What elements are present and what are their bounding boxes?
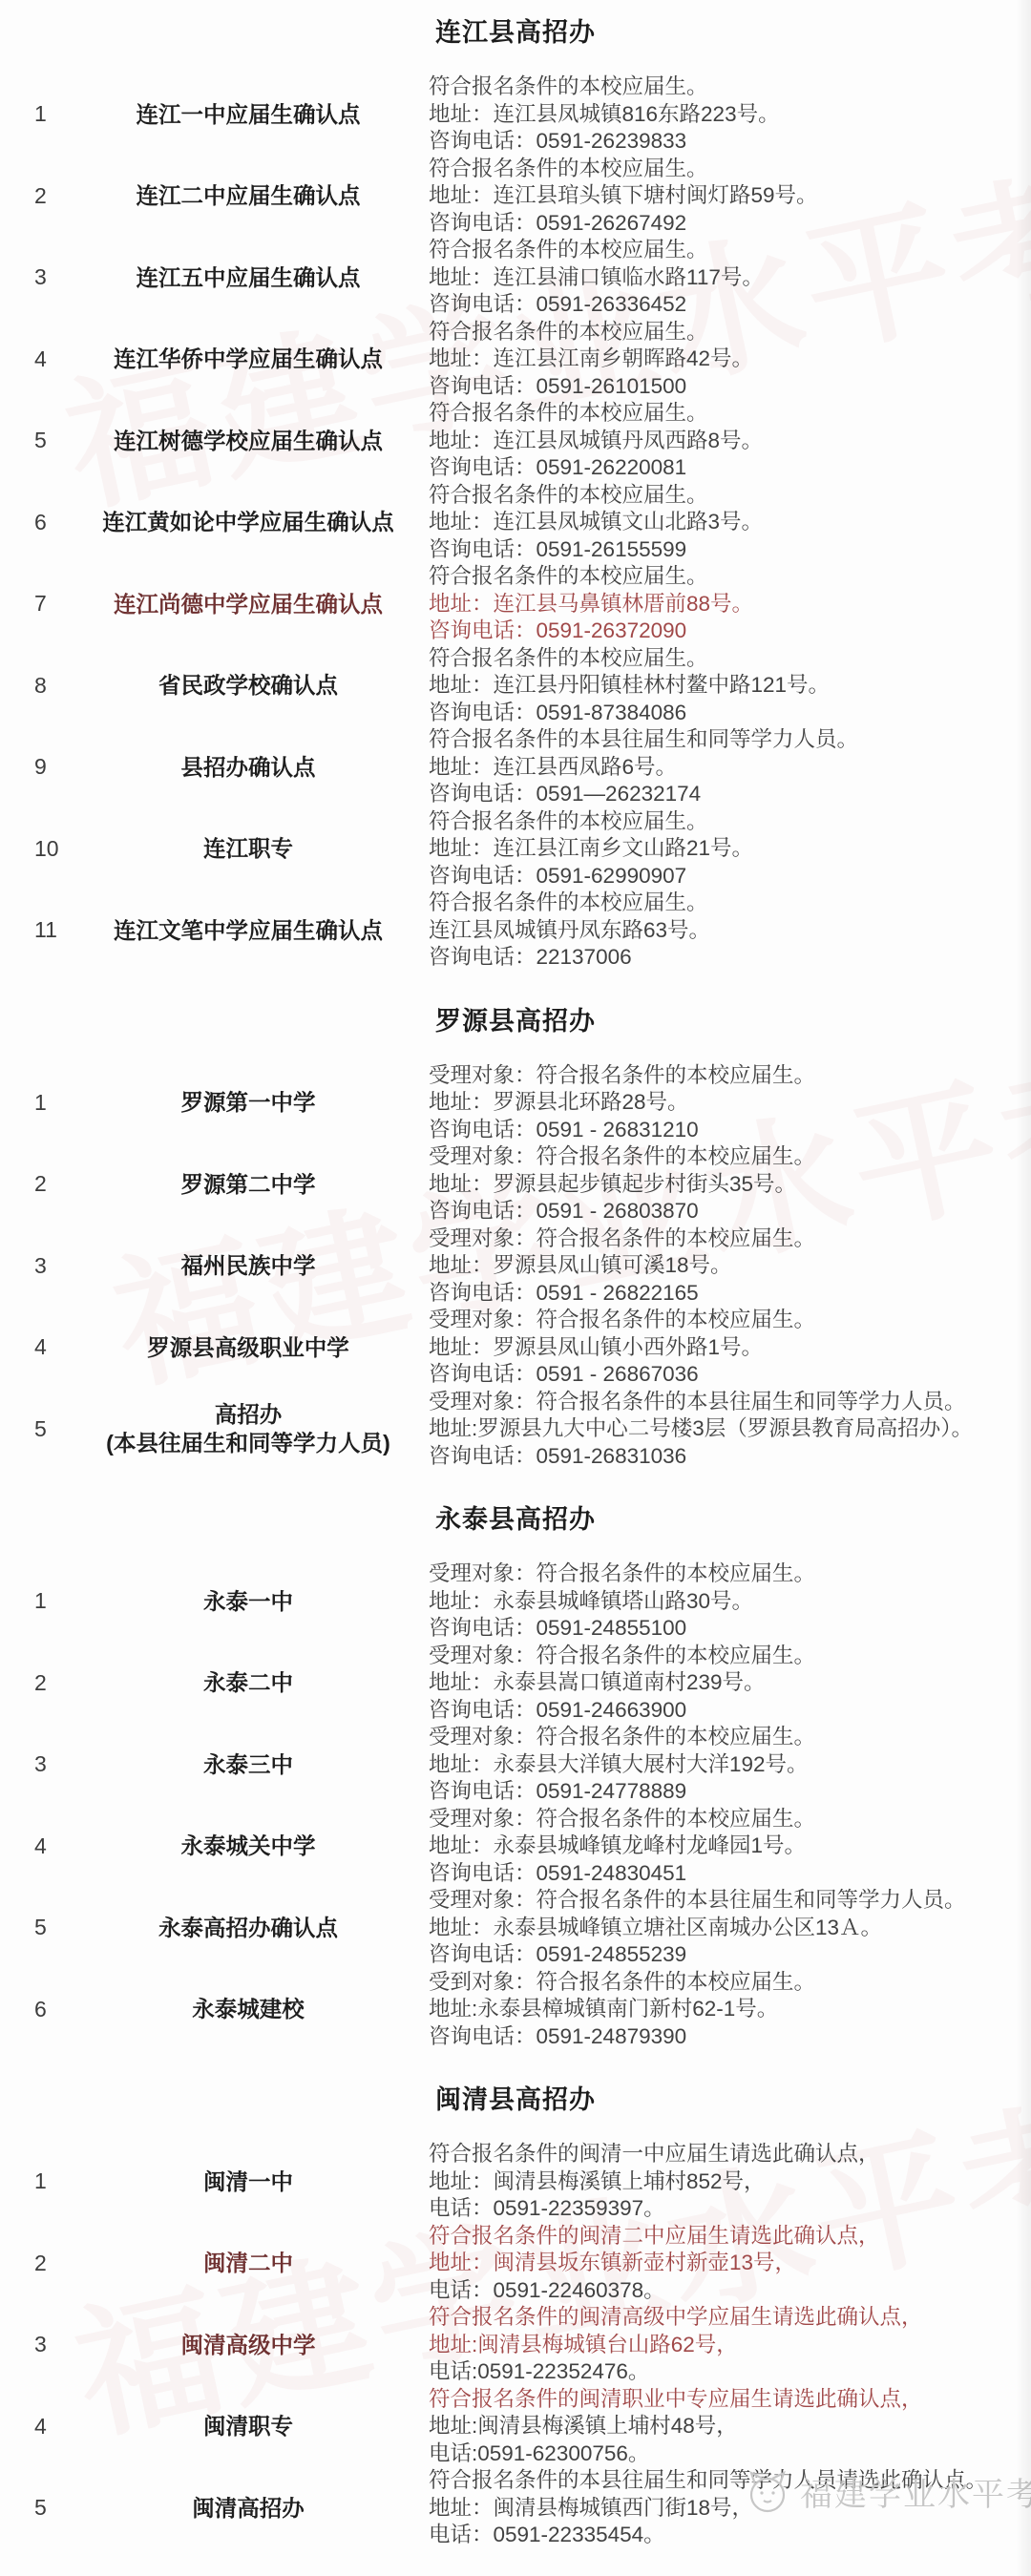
detail-lines: 符合报名条件的本校应届生。地址：连江县丹阳镇桂林村鳌中路121号。咨询电话：05… bbox=[429, 645, 1018, 727]
registration-points-document: 连江县高招办1连江一中应届生确认点符合报名条件的本校应届生。地址：连江县凤城镇8… bbox=[0, 0, 1031, 2549]
detail-lines: 符合报名条件的本校应届生。地址：连江县江南乡文山路21号。咨询电话：0591-6… bbox=[429, 808, 1018, 890]
exam-watermark-text: 福建学业水平考试 bbox=[800, 2468, 1031, 2515]
confirmation-point-name: 连江二中应届生确认点 bbox=[91, 181, 406, 210]
table-row: 3闽清高级中学符合报名条件的闽清高级中学应届生请选此确认点，地址:闽清县梅城镇台… bbox=[0, 2304, 1031, 2386]
confirmation-point-name: 连江五中应届生确认点 bbox=[91, 263, 406, 292]
row-number: 5 bbox=[0, 1915, 91, 1940]
detail-lines: 受到对象：符合报名条件的本校应届生。地址:永泰县樟城镇南门新村62-1号。咨询电… bbox=[429, 1969, 1018, 2051]
confirmation-point-name: 闽清职专 bbox=[91, 2412, 406, 2440]
detail-line: 受理对象：符合报名条件的本校应届生。 bbox=[429, 1307, 1018, 1334]
detail-line: 符合报名条件的本校应届生。 bbox=[429, 156, 1018, 183]
detail-line: 咨询电话：22137006 bbox=[429, 944, 1018, 972]
detail-lines: 受理对象：符合报名条件的本校应届生。地址：永泰县城峰镇龙峰村龙峰园1号。咨询电话… bbox=[429, 1806, 1018, 1888]
detail-lines: 符合报名条件的闽清高级中学应届生请选此确认点，地址:闽清县梅城镇台山路62号，电… bbox=[429, 2304, 1018, 2386]
confirmation-point-name: 罗源第一中学 bbox=[91, 1088, 406, 1117]
detail-line: 咨询电话：0591-26101500 bbox=[429, 373, 1018, 401]
row-number: 4 bbox=[0, 2414, 91, 2440]
detail-line: 符合报名条件的本县往届生和同等学力人员。 bbox=[429, 726, 1018, 754]
detail-line: 咨询电话：0591-26239833 bbox=[429, 128, 1018, 156]
table-row: 10连江职专符合报名条件的本校应届生。地址：连江县江南乡文山路21号。咨询电话：… bbox=[0, 808, 1031, 890]
detail-line: 咨询电话：0591-24855239 bbox=[429, 1941, 1018, 1969]
row-number: 5 bbox=[0, 1416, 91, 1442]
detail-line: 受理对象：符合报名条件的本校应届生。 bbox=[429, 1806, 1018, 1833]
detail-line: 地址：永泰县城峰镇立塘社区南城办公区13Ａ。 bbox=[429, 1915, 1018, 1942]
row-number: 10 bbox=[0, 836, 91, 862]
table-row: 9县招办确认点符合报名条件的本县往届生和同等学力人员。地址：连江县西凤路6号。咨… bbox=[0, 726, 1031, 808]
table-row: 2永泰二中受理对象：符合报名条件的本校应届生。地址：永泰县嵩口镇道南村239号。… bbox=[0, 1643, 1031, 1725]
detail-lines: 符合报名条件的闽清职业中专应届生请选此确认点，地址:闽清县梅溪镇上埔村48号，电… bbox=[429, 2386, 1018, 2468]
detail-line: 地址：永泰县大洋镇大展村大洋192号。 bbox=[429, 1751, 1018, 1779]
row-number: 3 bbox=[0, 264, 91, 290]
confirmation-point-name-line: 连江二中应届生确认点 bbox=[91, 181, 406, 210]
detail-line: 受理对象：符合报名条件的本校应届生。 bbox=[429, 1560, 1018, 1588]
confirmation-point-name-line: 罗源县高级职业中学 bbox=[91, 1333, 406, 1362]
detail-line: 受理对象：符合报名条件的本县往届生和同等学力人员。 bbox=[429, 1887, 1018, 1915]
confirmation-point-name: 罗源县高级职业中学 bbox=[91, 1333, 406, 1362]
confirmation-point-name-line: 闽清职专 bbox=[91, 2412, 406, 2440]
confirmation-point-name: 连江树德学校应届生确认点 bbox=[91, 427, 406, 455]
confirmation-point-name-line: 高招办 bbox=[91, 1400, 406, 1429]
detail-lines: 符合报名条件的本校应届生。地址：连江县江南乡朝晖路42号。咨询电话：0591-2… bbox=[429, 319, 1018, 401]
confirmation-point-name: 县招办确认点 bbox=[91, 753, 406, 782]
detail-line: 电话：0591-22335454。 bbox=[429, 2522, 1018, 2549]
confirmation-point-name-line: 县招办确认点 bbox=[91, 753, 406, 782]
table-row: 5永泰高招办确认点受理对象：符合报名条件的本县往届生和同等学力人员。地址：永泰县… bbox=[0, 1887, 1031, 1969]
row-number: 6 bbox=[0, 510, 91, 535]
confirmation-point-name: 连江尚德中学应届生确认点 bbox=[91, 590, 406, 618]
confirmation-point-name: 罗源第二中学 bbox=[91, 1170, 406, 1199]
detail-line: 地址：连江县江南乡文山路21号。 bbox=[429, 835, 1018, 863]
detail-line: 咨询电话：0591-24778889 bbox=[429, 1778, 1018, 1806]
detail-line: 符合报名条件的本校应届生。 bbox=[429, 645, 1018, 673]
row-number: 1 bbox=[0, 101, 91, 127]
confirmation-point-name: 连江华侨中学应届生确认点 bbox=[91, 345, 406, 373]
detail-line: 受到对象：符合报名条件的本校应届生。 bbox=[429, 1969, 1018, 1997]
detail-line: 符合报名条件的本校应届生。 bbox=[429, 73, 1018, 101]
confirmation-point-name-line: 永泰城关中学 bbox=[91, 1832, 406, 1860]
detail-lines: 受理对象：符合报名条件的本校应届生。地址：罗源县起步镇起步村街头35号。咨询电话… bbox=[429, 1143, 1018, 1225]
detail-line: 地址：连江县浦口镇临水路117号。 bbox=[429, 264, 1018, 292]
detail-line: 地址：连江县西凤路6号。 bbox=[429, 754, 1018, 782]
detail-line: 符合报名条件的闽清高级中学应届生请选此确认点， bbox=[429, 2304, 1018, 2332]
confirmation-point-name: 闽清高级中学 bbox=[91, 2331, 406, 2359]
confirmation-point-name: 闽清一中 bbox=[91, 2168, 406, 2196]
confirmation-point-name-line: 闽清二中 bbox=[91, 2249, 406, 2277]
detail-line: 咨询电话：0591 - 26867036 bbox=[429, 1361, 1018, 1389]
detail-line: 受理对象：符合报名条件的本校应届生。 bbox=[429, 1225, 1018, 1253]
detail-line: 电话:0591-62300756。 bbox=[429, 2440, 1018, 2468]
table-row: 2罗源第二中学受理对象：符合报名条件的本校应届生。地址：罗源县起步镇起步村街头3… bbox=[0, 1143, 1031, 1225]
confirmation-point-name-line: 永泰高招办确认点 bbox=[91, 1914, 406, 1942]
detail-lines: 符合报名条件的本县往届生和同等学力人员。地址：连江县西凤路6号。咨询电话：059… bbox=[429, 726, 1018, 808]
confirmation-point-name-line: 永泰城建校 bbox=[91, 1995, 406, 2023]
exam-logo-icon bbox=[743, 2469, 792, 2515]
detail-line: 符合报名条件的闽清一中应届生请选此确认点， bbox=[429, 2141, 1018, 2168]
table-row: 5连江树德学校应届生确认点符合报名条件的本校应届生。地址：连江县凤城镇丹凤西路8… bbox=[0, 400, 1031, 482]
detail-line: 地址：闽清县梅溪镇上埔村852号， bbox=[429, 2168, 1018, 2196]
detail-line: 地址：罗源县凤山镇可溪18号。 bbox=[429, 1252, 1018, 1280]
detail-lines: 受理对象：符合报名条件的本县往届生和同等学力人员。地址：永泰县城峰镇立塘社区南城… bbox=[429, 1887, 1018, 1969]
section-title: 闽清县高招办 bbox=[0, 2079, 1031, 2116]
confirmation-point-name: 闽清高招办 bbox=[91, 2494, 406, 2523]
detail-line: 受理对象：符合报名条件的本校应届生。 bbox=[429, 1643, 1018, 1670]
row-number: 3 bbox=[0, 1751, 91, 1777]
detail-line: 地址：罗源县北环路28号。 bbox=[429, 1089, 1018, 1117]
confirmation-point-name: 永泰城关中学 bbox=[91, 1832, 406, 1860]
table-row: 6永泰城建校受到对象：符合报名条件的本校应届生。地址:永泰县樟城镇南门新村62-… bbox=[0, 1969, 1031, 2051]
detail-lines: 符合报名条件的闽清二中应届生请选此确认点，地址：闽清县坂东镇新壶村新壶13号，电… bbox=[429, 2223, 1018, 2305]
detail-lines: 受理对象：符合报名条件的本县往届生和同等学力人员。地址:罗源县九大中心二号楼3层… bbox=[429, 1389, 1018, 1471]
detail-line: 咨询电话：0591-26372090 bbox=[429, 618, 1018, 645]
confirmation-point-name: 永泰城建校 bbox=[91, 1995, 406, 2023]
row-number: 4 bbox=[0, 346, 91, 372]
table-row: 7连江尚德中学应届生确认点符合报名条件的本校应届生。地址：连江县马鼻镇林厝前88… bbox=[0, 563, 1031, 645]
detail-lines: 受理对象：符合报名条件的本校应届生。地址：罗源县北环路28号。咨询电话：0591… bbox=[429, 1062, 1018, 1144]
detail-line: 地址：闽清县坂东镇新壶村新壶13号， bbox=[429, 2250, 1018, 2277]
detail-line: 咨询电话：0591-26831036 bbox=[429, 1443, 1018, 1471]
row-number: 3 bbox=[0, 2332, 91, 2357]
confirmation-point-name-line: 罗源第二中学 bbox=[91, 1170, 406, 1199]
row-number: 9 bbox=[0, 754, 91, 780]
confirmation-point-name-line: 连江尚德中学应届生确认点 bbox=[91, 590, 406, 618]
confirmation-point-name-line: 省民政学校确认点 bbox=[91, 671, 406, 700]
detail-line: 咨询电话：0591-62990907 bbox=[429, 863, 1018, 890]
detail-line: 符合报名条件的本校应届生。 bbox=[429, 563, 1018, 591]
confirmation-point-name: 连江一中应届生确认点 bbox=[91, 100, 406, 129]
table-row: 1闽清一中符合报名条件的闽清一中应届生请选此确认点，地址：闽清县梅溪镇上埔村85… bbox=[0, 2141, 1031, 2223]
table-row: 1连江一中应届生确认点符合报名条件的本校应届生。地址：连江县凤城镇816东路22… bbox=[0, 73, 1031, 156]
row-number: 4 bbox=[0, 1334, 91, 1360]
row-number: 11 bbox=[0, 917, 91, 943]
confirmation-point-name-line: 连江黄如论中学应届生确认点 bbox=[91, 508, 406, 536]
confirmation-point-name-line: 闽清一中 bbox=[91, 2168, 406, 2196]
detail-line: 符合报名条件的本校应届生。 bbox=[429, 808, 1018, 836]
confirmation-point-name-line: 罗源第一中学 bbox=[91, 1088, 406, 1117]
table-row: 2闽清二中符合报名条件的闽清二中应届生请选此确认点，地址：闽清县坂东镇新壶村新壶… bbox=[0, 2223, 1031, 2305]
detail-line: 受理对象：符合报名条件的本校应届生。 bbox=[429, 1724, 1018, 1751]
detail-lines: 符合报名条件的本校应届生。地址：连江县马鼻镇林厝前88号。咨询电话：0591-2… bbox=[429, 563, 1018, 645]
table-row: 4连江华侨中学应届生确认点符合报名条件的本校应届生。地址：连江县江南乡朝晖路42… bbox=[0, 319, 1031, 401]
confirmation-point-name-line: 连江树德学校应届生确认点 bbox=[91, 427, 406, 455]
row-number: 1 bbox=[0, 1588, 91, 1614]
table-row: 4闽清职专符合报名条件的闽清职业中专应届生请选此确认点，地址:闽清县梅溪镇上埔村… bbox=[0, 2386, 1031, 2468]
detail-line: 符合报名条件的闽清二中应届生请选此确认点， bbox=[429, 2223, 1018, 2251]
detail-line: 符合报名条件的本校应届生。 bbox=[429, 890, 1018, 917]
detail-lines: 符合报名条件的本校应届生。地址：连江县凤城镇丹凤西路8号。咨询电话：0591-2… bbox=[429, 400, 1018, 482]
confirmation-point-name: 省民政学校确认点 bbox=[91, 671, 406, 700]
detail-line: 地址：永泰县城峰镇塔山路30号。 bbox=[429, 1588, 1018, 1616]
detail-lines: 受理对象：符合报名条件的本校应届生。地址：永泰县城峰镇塔山路30号。咨询电话：0… bbox=[429, 1560, 1018, 1643]
table-row: 1罗源第一中学受理对象：符合报名条件的本校应届生。地址：罗源县北环路28号。咨询… bbox=[0, 1062, 1031, 1144]
detail-line: 咨询电话：0591-24663900 bbox=[429, 1697, 1018, 1725]
table-row: 5高招办(本县往届生和同等学力人员)受理对象：符合报名条件的本县往届生和同等学力… bbox=[0, 1389, 1031, 1471]
table-row: 4罗源县高级职业中学受理对象：符合报名条件的本校应届生。地址：罗源县凤山镇小西外… bbox=[0, 1307, 1031, 1389]
detail-lines: 受理对象：符合报名条件的本校应届生。地址：永泰县大洋镇大展村大洋192号。咨询电… bbox=[429, 1724, 1018, 1806]
detail-line: 地址:永泰县樟城镇南门新村62-1号。 bbox=[429, 1996, 1018, 2023]
detail-line: 符合报名条件的本校应届生。 bbox=[429, 482, 1018, 510]
detail-line: 地址：连江县琯头镇下塘村闽灯路59号。 bbox=[429, 182, 1018, 210]
detail-lines: 受理对象：符合报名条件的本校应届生。地址：罗源县凤山镇可溪18号。咨询电话：05… bbox=[429, 1225, 1018, 1308]
detail-line: 受理对象：符合报名条件的本校应届生。 bbox=[429, 1143, 1018, 1171]
confirmation-point-name: 福州民族中学 bbox=[91, 1251, 406, 1280]
confirmation-point-name-line: 连江文笔中学应届生确认点 bbox=[91, 916, 406, 945]
row-number: 2 bbox=[0, 183, 91, 209]
detail-line: 地址：连江县马鼻镇林厝前88号。 bbox=[429, 591, 1018, 618]
detail-line: 连江县凤城镇丹凤东路63号。 bbox=[429, 917, 1018, 945]
detail-lines: 符合报名条件的本校应届生。地址：连江县琯头镇下塘村闽灯路59号。咨询电话：059… bbox=[429, 156, 1018, 238]
section-title: 永泰县高招办 bbox=[0, 1498, 1031, 1536]
section-title: 连江县高招办 bbox=[0, 11, 1031, 49]
table-row: 6连江黄如论中学应届生确认点符合报名条件的本校应届生。地址：连江县凤城镇文山北路… bbox=[0, 482, 1031, 564]
detail-lines: 符合报名条件的本校应届生。地址：连江县浦口镇临水路117号。咨询电话：0591-… bbox=[429, 237, 1018, 319]
row-number: 7 bbox=[0, 591, 91, 617]
detail-line: 地址：连江县凤城镇816东路223号。 bbox=[429, 101, 1018, 129]
confirmation-point-name-line: 连江一中应届生确认点 bbox=[91, 100, 406, 129]
detail-line: 电话：0591-22460378。 bbox=[429, 2277, 1018, 2305]
row-number: 2 bbox=[0, 1670, 91, 1696]
confirmation-point-name-line: 闽清高级中学 bbox=[91, 2331, 406, 2359]
confirmation-point-name-line: 永泰二中 bbox=[91, 1668, 406, 1697]
confirmation-point-name: 永泰三中 bbox=[91, 1750, 406, 1779]
row-number: 6 bbox=[0, 1997, 91, 2022]
detail-line: 地址：连江县丹阳镇桂林村鳌中路121号。 bbox=[429, 672, 1018, 700]
detail-line: 电话:0591-22352476。 bbox=[429, 2358, 1018, 2386]
row-number: 3 bbox=[0, 1253, 91, 1279]
detail-lines: 符合报名条件的本校应届生。地址：连江县凤城镇816东路223号。咨询电话：059… bbox=[429, 73, 1018, 156]
detail-line: 咨询电话：0591 - 26803870 bbox=[429, 1198, 1018, 1225]
detail-lines: 符合报名条件的本校应届生。地址：连江县凤城镇文山北路3号。咨询电话：0591-2… bbox=[429, 482, 1018, 564]
detail-line: 地址：罗源县起步镇起步村街头35号。 bbox=[429, 1171, 1018, 1199]
confirmation-point-name: 高招办(本县往届生和同等学力人员) bbox=[91, 1400, 406, 1457]
confirmation-point-name: 永泰一中 bbox=[91, 1587, 406, 1616]
detail-line: 咨询电话：0591-87384086 bbox=[429, 700, 1018, 727]
detail-line: 符合报名条件的本校应届生。 bbox=[429, 319, 1018, 346]
row-number: 5 bbox=[0, 2495, 91, 2521]
detail-line: 咨询电话：0591 - 26831210 bbox=[429, 1117, 1018, 1144]
detail-lines: 受理对象：符合报名条件的本校应届生。地址：罗源县凤山镇小西外路1号。咨询电话：0… bbox=[429, 1307, 1018, 1389]
confirmation-point-name: 永泰高招办确认点 bbox=[91, 1914, 406, 1942]
row-number: 1 bbox=[0, 1090, 91, 1116]
table-row: 3福州民族中学受理对象：符合报名条件的本校应届生。地址：罗源县凤山镇可溪18号。… bbox=[0, 1225, 1031, 1308]
row-number: 4 bbox=[0, 1833, 91, 1859]
detail-line: 符合报名条件的本校应届生。 bbox=[429, 400, 1018, 428]
detail-line: 地址:罗源县九大中心二号楼3层（罗源县教育局高招办）。 bbox=[429, 1415, 1018, 1443]
row-number: 1 bbox=[0, 2168, 91, 2194]
row-number: 2 bbox=[0, 2251, 91, 2276]
detail-line: 地址：连江县江南乡朝晖路42号。 bbox=[429, 346, 1018, 373]
detail-line: 咨询电话：0591-26336452 bbox=[429, 291, 1018, 319]
detail-line: 咨询电话：0591-26267492 bbox=[429, 210, 1018, 238]
detail-line: 电话：0591-22359397。 bbox=[429, 2195, 1018, 2223]
confirmation-point-name: 连江黄如论中学应届生确认点 bbox=[91, 508, 406, 536]
confirmation-point-name-line: 闽清高招办 bbox=[91, 2494, 406, 2523]
detail-lines: 符合报名条件的闽清一中应届生请选此确认点，地址：闽清县梅溪镇上埔村852号，电话… bbox=[429, 2141, 1018, 2223]
confirmation-point-name: 连江职专 bbox=[91, 834, 406, 863]
confirmation-point-name-line: 连江五中应届生确认点 bbox=[91, 263, 406, 292]
confirmation-point-name-line: 连江职专 bbox=[91, 834, 406, 863]
confirmation-point-name-line: (本县往届生和同等学力人员) bbox=[91, 1429, 406, 1457]
detail-line: 地址：连江县凤城镇文山北路3号。 bbox=[429, 509, 1018, 536]
row-number: 2 bbox=[0, 1171, 91, 1197]
detail-line: 咨询电话：0591-24830451 bbox=[429, 1860, 1018, 1888]
table-row: 8省民政学校确认点符合报名条件的本校应届生。地址：连江县丹阳镇桂林村鳌中路121… bbox=[0, 645, 1031, 727]
confirmation-point-name-line: 福州民族中学 bbox=[91, 1251, 406, 1280]
table-row: 11连江文笔中学应届生确认点符合报名条件的本校应届生。连江县凤城镇丹凤东路63号… bbox=[0, 890, 1031, 972]
detail-line: 咨询电话：0591-26220081 bbox=[429, 454, 1018, 482]
detail-line: 受理对象：符合报名条件的本校应届生。 bbox=[429, 1062, 1018, 1090]
detail-line: 咨询电话：0591-26155599 bbox=[429, 536, 1018, 564]
detail-line: 地址：永泰县嵩口镇道南村239号。 bbox=[429, 1669, 1018, 1697]
detail-line: 咨询电话：0591-24879390 bbox=[429, 2023, 1018, 2051]
table-row: 2连江二中应届生确认点符合报名条件的本校应届生。地址：连江县琯头镇下塘村闽灯路5… bbox=[0, 156, 1031, 238]
detail-line: 地址:闽清县梅溪镇上埔村48号， bbox=[429, 2413, 1018, 2440]
detail-lines: 符合报名条件的本校应届生。连江县凤城镇丹凤东路63号。咨询电话：22137006 bbox=[429, 890, 1018, 972]
exam-watermark: 福建学业水平考试 bbox=[743, 2468, 1031, 2515]
detail-line: 咨询电话：0591-24855100 bbox=[429, 1615, 1018, 1643]
confirmation-point-name: 闽清二中 bbox=[91, 2249, 406, 2277]
document-page: { "colors": { "body_text": "#414141", "r… bbox=[0, 0, 1031, 2576]
detail-line: 地址:闽清县梅城镇台山路62号， bbox=[429, 2332, 1018, 2359]
confirmation-point-name-line: 永泰一中 bbox=[91, 1587, 406, 1616]
confirmation-point-name: 连江文笔中学应届生确认点 bbox=[91, 916, 406, 945]
table-row: 3永泰三中受理对象：符合报名条件的本校应届生。地址：永泰县大洋镇大展村大洋192… bbox=[0, 1724, 1031, 1806]
confirmation-point-name: 永泰二中 bbox=[91, 1668, 406, 1697]
detail-lines: 受理对象：符合报名条件的本校应届生。地址：永泰县嵩口镇道南村239号。咨询电话：… bbox=[429, 1643, 1018, 1725]
table-row: 1永泰一中受理对象：符合报名条件的本校应届生。地址：永泰县城峰镇塔山路30号。咨… bbox=[0, 1560, 1031, 1643]
detail-line: 咨询电话：0591—26232174 bbox=[429, 781, 1018, 808]
detail-line: 符合报名条件的本校应届生。 bbox=[429, 237, 1018, 264]
section-title: 罗源县高招办 bbox=[0, 1000, 1031, 1037]
row-number: 8 bbox=[0, 673, 91, 699]
detail-line: 地址：永泰县城峰镇龙峰村龙峰园1号。 bbox=[429, 1833, 1018, 1860]
detail-line: 咨询电话：0591 - 26822165 bbox=[429, 1280, 1018, 1308]
table-row: 4永泰城关中学受理对象：符合报名条件的本校应届生。地址：永泰县城峰镇龙峰村龙峰园… bbox=[0, 1806, 1031, 1888]
detail-line: 地址：连江县凤城镇丹凤西路8号。 bbox=[429, 428, 1018, 455]
detail-line: 地址：罗源县凤山镇小西外路1号。 bbox=[429, 1334, 1018, 1362]
row-number: 5 bbox=[0, 428, 91, 453]
confirmation-point-name-line: 永泰三中 bbox=[91, 1750, 406, 1779]
table-row: 3连江五中应届生确认点符合报名条件的本校应届生。地址：连江县浦口镇临水路117号… bbox=[0, 237, 1031, 319]
detail-line: 符合报名条件的闽清职业中专应届生请选此确认点， bbox=[429, 2386, 1018, 2414]
detail-line: 受理对象：符合报名条件的本县往届生和同等学力人员。 bbox=[429, 1389, 1018, 1416]
confirmation-point-name-line: 连江华侨中学应届生确认点 bbox=[91, 345, 406, 373]
